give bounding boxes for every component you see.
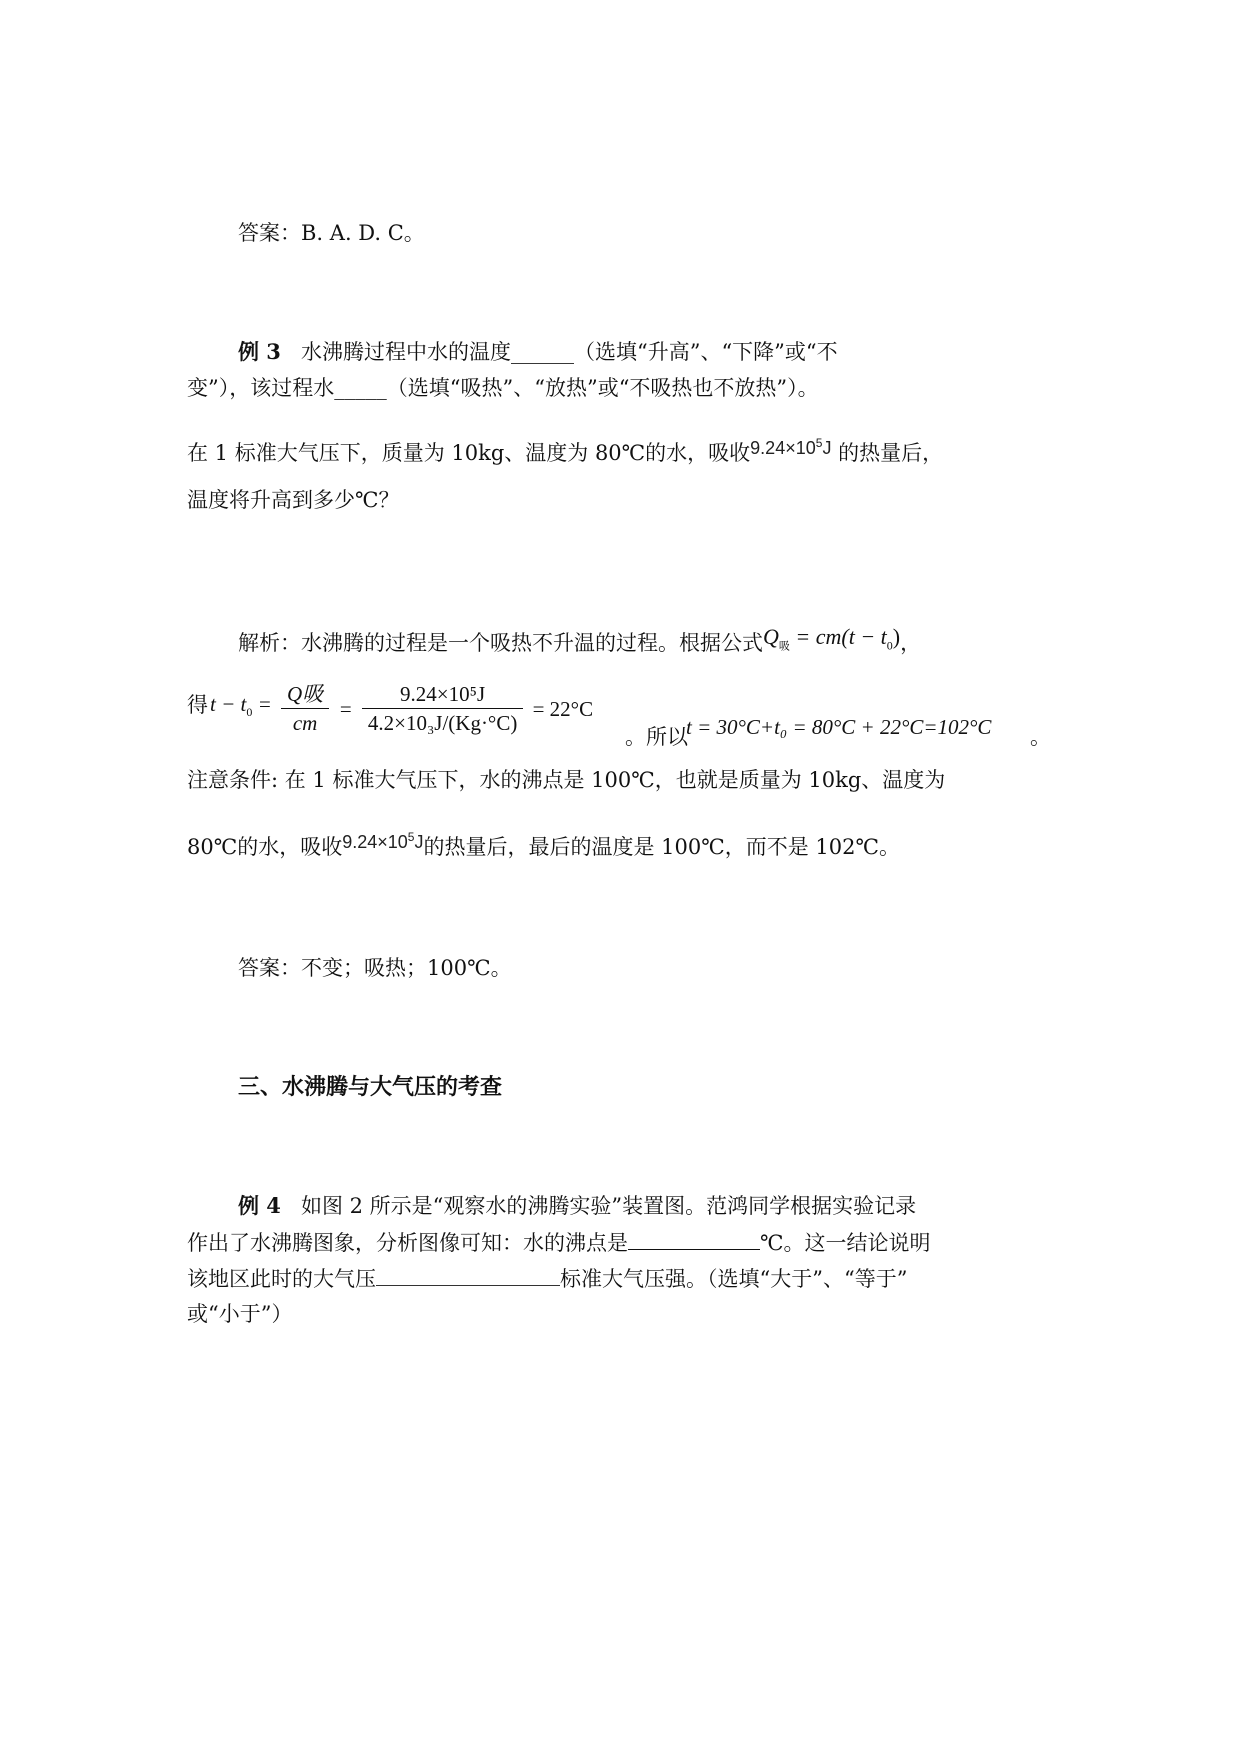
answer-example3: 答案：不变；吸热；100℃。 (238, 953, 512, 983)
example3-text-a: 水沸腾过程中水的温度 (301, 340, 511, 364)
analysis-note-line2: 80℃的水，吸收9.24×105J的热量后，最后的温度是 100℃，而不是 10… (187, 822, 900, 862)
fraction-q-over-cm: Q吸 cm (281, 680, 329, 737)
equation-final-temp: t = 30°C+t₀ = 80°C + 22°C=102°C (686, 712, 991, 742)
example3-line1: 例 3 水沸腾过程中水的温度______（选填“升高”、“下降”或“不 (238, 337, 838, 367)
fraction-numeric: 9.24×10⁵J 4.2×10₃J/(Kg·°C) (362, 680, 523, 737)
example4-line1: 例 4 如图 2 所示是“观察水的沸腾实验”装置图。范鸿同学根据实验记录 (238, 1191, 916, 1221)
example4-line2-text-b: ℃。这一结论说明 (760, 1231, 931, 1255)
example4-line3: 该地区此时的大气压标准大气压强。（选填“大于”、“等于” (187, 1263, 907, 1294)
example3-label: 例 3 (238, 339, 281, 364)
example4-line2: 作出了水沸腾图象，分析图像可知：水的沸点是℃。这一结论说明 (187, 1227, 931, 1258)
example4-label: 例 4 (238, 1193, 281, 1218)
de-label: 得 (187, 690, 208, 720)
example3-line4: 温度将升高到多少℃？ (187, 485, 400, 515)
comma: ， (900, 631, 921, 655)
note-text-a: 80℃的水，吸收 (187, 835, 342, 859)
example3-line2: 变”），该过程水_____（选填“吸热”、“放热”或“不吸热也不放热”）。 (187, 373, 819, 403)
blank-pressure-comparison[interactable] (376, 1263, 560, 1286)
example4-line3-text-a: 该地区此时的大气压 (187, 1267, 376, 1291)
example4-line2-text-a: 作出了水沸腾图象，分析图像可知：水的沸点是 (187, 1231, 628, 1255)
formula-heat: Q吸 = cm(t − t0) (763, 624, 900, 649)
example3-line3: 在 1 标准大气压下，质量为 10kg、温度为 80℃的水，吸收9.24×105… (187, 428, 943, 468)
example3-text-b: （选填“升高”、“下降”或“不 (574, 340, 838, 364)
blank-boiling-point[interactable] (628, 1227, 760, 1250)
example3-line2-text-a: 变”），该过程水 (187, 376, 334, 400)
example3-line3-text-b: 的热量后， (838, 441, 943, 465)
section-heading: 三、水沸腾与大气压的考查 (238, 1072, 502, 1102)
equation-delta-t: t − t0 = Q吸 cm = 9.24×10⁵J 4.2×10₃J/(Kg·… (210, 680, 593, 737)
heat-value: 9.24×105J (750, 438, 831, 458)
note-text-b: 的热量后，最后的温度是 100℃，而不是 102℃。 (423, 835, 900, 859)
analysis-line1: 解析：水沸腾的过程是一个吸热不升温的过程。根据公式Q吸 = cm(t − t0)… (238, 622, 921, 661)
example3-line2-text-b: （选填“吸热”、“放热”或“不吸热也不放热”）。 (387, 376, 819, 400)
example3-line3-text-a: 在 1 标准大气压下，质量为 10kg、温度为 80℃的水，吸收 (187, 441, 750, 465)
example3-blank-2: _____ (334, 376, 387, 400)
example3-blank-1: ______ (511, 340, 574, 364)
heat-value-2: 9.24×105J (342, 832, 423, 852)
example4-line1-text: 如图 2 所示是“观察水的沸腾实验”装置图。范鸿同学根据实验记录 (301, 1194, 916, 1218)
example4-line3-text-b: 标准大气压强。（选填“大于”、“等于” (560, 1267, 907, 1291)
suoyi-text: 。所以 (625, 722, 688, 752)
analysis-line1-text: 解析：水沸腾的过程是一个吸热不升温的过程。根据公式 (238, 631, 763, 655)
analysis-note-line1: 注意条件: 在 1 标准大气压下，水的沸点是 100℃，也就是质量为 10kg、… (187, 765, 945, 795)
period: 。 (1030, 722, 1051, 752)
example4-line4: 或“小于”） (187, 1299, 292, 1329)
answer-previous: 答案：B. A. D. C。 (238, 218, 425, 248)
